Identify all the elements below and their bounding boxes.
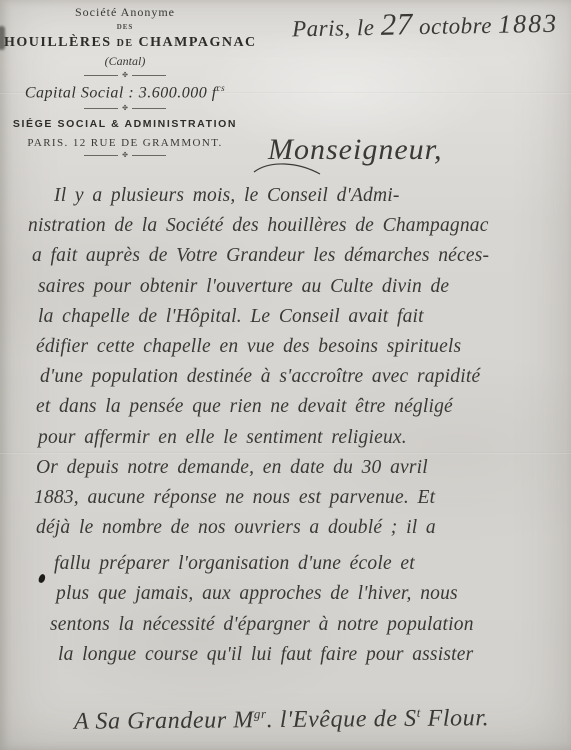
company-name-de: DE bbox=[117, 38, 134, 49]
recipient-sup-gr: gr bbox=[254, 706, 267, 721]
company-name-part2: CHAMPAGNAC bbox=[139, 35, 257, 50]
date-prefix: Paris, le bbox=[292, 15, 381, 42]
letter-body: Il y a plusieurs mois, le Conseil d'Admi… bbox=[0, 181, 571, 670]
handwritten-line: sentons la nécessité d'épargner à notre … bbox=[50, 610, 571, 640]
company-name-part1: HOUILLÈRES bbox=[4, 35, 112, 50]
hq-address-line: PARIS. 12 RUE DE GRAMMONT. bbox=[4, 137, 246, 149]
divider-ornament: ✤ bbox=[4, 72, 246, 79]
capital-superscript: cs bbox=[217, 83, 226, 93]
hq-administration-line: SIÉGE SOCIAL & ADMINISTRATION bbox=[4, 118, 246, 130]
handwritten-line: édifier cette chapelle en vue des besoin… bbox=[36, 332, 571, 362]
date-day: 27 bbox=[380, 6, 413, 42]
date-year: 1883 bbox=[498, 9, 558, 39]
handwritten-line: plus que jamais, aux approches de l'hive… bbox=[56, 579, 571, 609]
handwritten-line: fallu préparer l'organisation d'une écol… bbox=[54, 549, 571, 579]
recipient-mid: . l'Evêque de S bbox=[267, 706, 417, 733]
ornament-icon: ✤ bbox=[122, 105, 128, 112]
salutation: Monseigneur, bbox=[268, 133, 442, 167]
ornament-icon: ✤ bbox=[122, 152, 128, 159]
handwritten-line: a fait auprès de Votre Grandeur les déma… bbox=[32, 241, 571, 271]
company-region: (Cantal) bbox=[4, 54, 246, 69]
handwritten-line: la longue course qu'il lui faut faire po… bbox=[58, 640, 571, 670]
date-line: Paris, le 27 octobre 1883 bbox=[292, 4, 565, 45]
letter-page: Société Anonyme des HOUILLÈRES DE CHAMPA… bbox=[0, 0, 571, 750]
capital-line: Capital Social : 3.600.000 fcs bbox=[4, 83, 246, 102]
recipient-pre: A Sa Grandeur M bbox=[74, 707, 254, 735]
handwritten-line: pour affermir en elle le sentiment relig… bbox=[38, 423, 571, 453]
recipient-post: Flour. bbox=[421, 705, 489, 732]
company-des: des bbox=[4, 23, 246, 31]
handwritten-line: Or depuis notre demande, en date du 30 a… bbox=[36, 453, 571, 483]
divider-ornament: ✤ bbox=[4, 105, 246, 112]
handwritten-line: 1883, aucune réponse ne nous est parvenu… bbox=[34, 483, 571, 513]
handwritten-line: déjà le nombre de nos ouvriers a doublé … bbox=[36, 513, 571, 543]
handwritten-line: la chapelle de l'Hôpital. Le Conseil ava… bbox=[38, 302, 571, 332]
recipient-line: A Sa Grandeur Mgr. l'Evêque de St Flour. bbox=[74, 704, 489, 736]
handwritten-line: et dans la pensée que rien ne devait êtr… bbox=[36, 392, 571, 422]
handwritten-line: saires pour obtenir l'ouverture au Culte… bbox=[38, 272, 571, 302]
divider-ornament: ✤ bbox=[4, 152, 246, 159]
letterhead: Société Anonyme des HOUILLÈRES DE CHAMPA… bbox=[4, 5, 246, 161]
ornament-icon: ✤ bbox=[122, 72, 128, 79]
capital-text: Capital Social : 3.600.000 f bbox=[25, 84, 217, 101]
company-type: Société Anonyme bbox=[4, 5, 246, 20]
handwritten-line: d'une population destinée à s'accroître … bbox=[40, 362, 571, 392]
handwritten-line: nistration de la Société des houillères … bbox=[28, 211, 571, 241]
handwritten-line: Il y a plusieurs mois, le Conseil d'Admi… bbox=[54, 181, 571, 211]
date-month: octobre bbox=[413, 13, 499, 39]
company-name: HOUILLÈRES DE CHAMPAGNAC bbox=[4, 35, 246, 51]
